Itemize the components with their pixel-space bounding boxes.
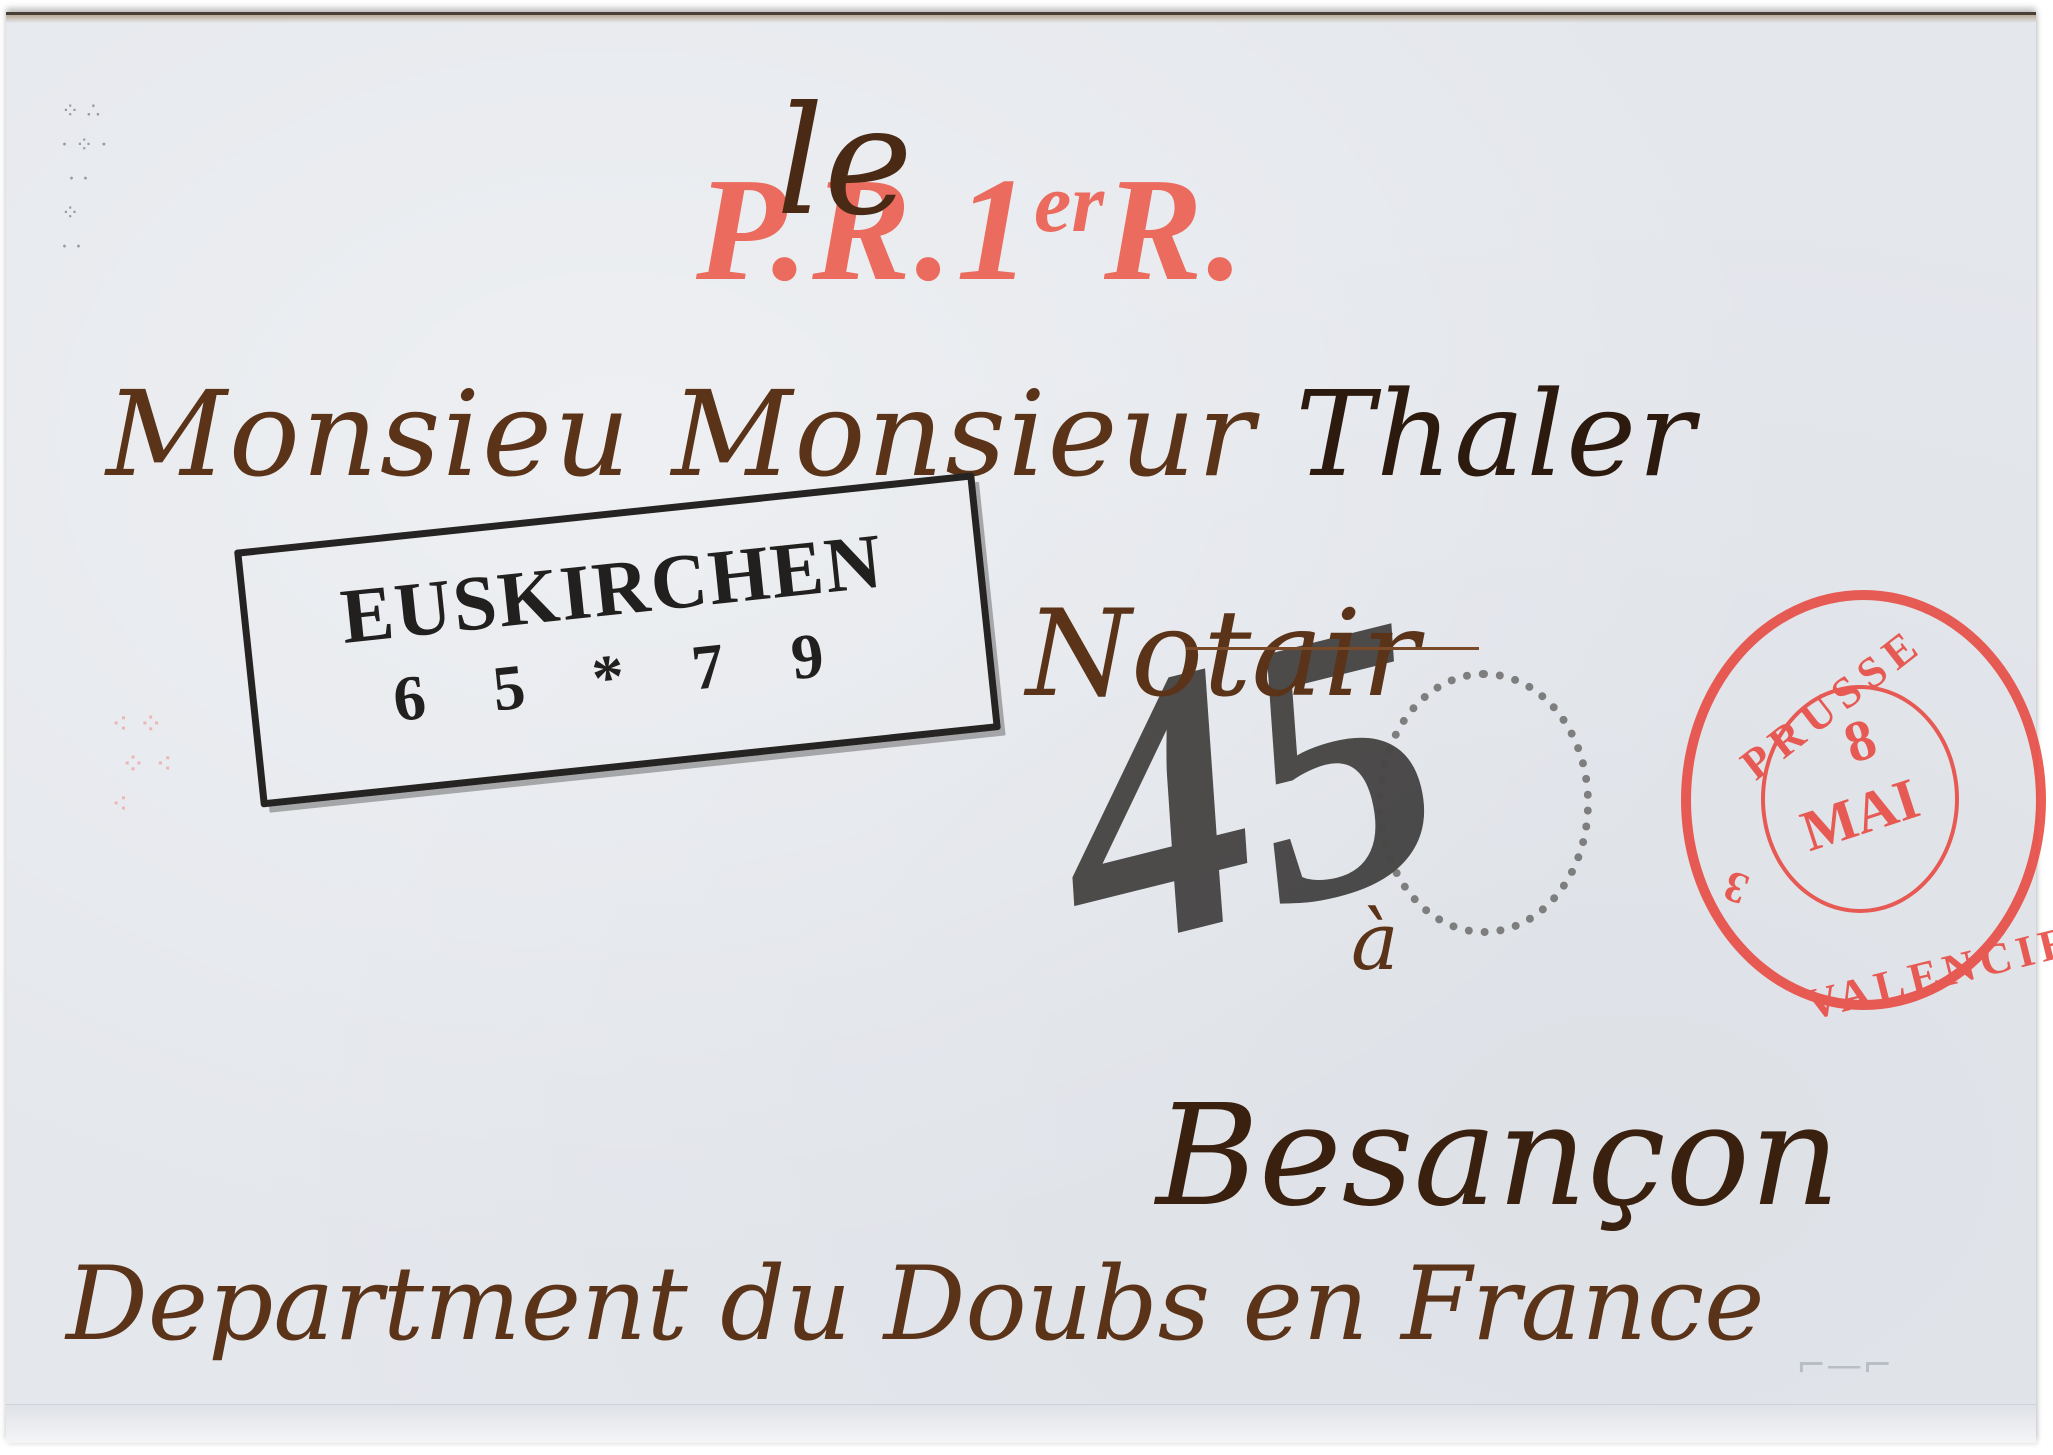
address-line-2: Notair <box>1026 585 1419 724</box>
addressee-name: Thaler <box>1295 365 1696 503</box>
address-department: Department du Doubs en France <box>66 1245 1765 1364</box>
address-title: Monsieu Monsieur <box>106 365 1256 503</box>
address-preposition: à <box>1351 895 1399 988</box>
euskirchen-boxed-postmark: EUSKIRCHEN 6 5 * 7 9 <box>234 472 1001 807</box>
postal-cover: ⁘ ∴· ⁘ · · ·⁘· · P.R.1erR. le Monsieu Mo… <box>6 12 2036 1443</box>
strike-through-line <box>1186 647 1479 650</box>
faint-red-offset: ⁖ ⁘ ⁘ ⁖⁖ <box>111 705 173 825</box>
bottom-fold-edge <box>6 1404 2036 1443</box>
pencil-note: ⌐—⌐ <box>1796 1345 1892 1386</box>
prusse-valenciennes-cds: 8 MAI PRUSSE 3 VALENCIENNES <box>1681 590 2046 1010</box>
cds-numeral: 3 <box>1717 860 1755 915</box>
address-city: Besançon <box>1156 1075 1840 1238</box>
offset-specks: ⁘ ∴· ⁘ · · ·⁘· · <box>61 95 107 265</box>
manuscript-le: le <box>776 75 913 249</box>
